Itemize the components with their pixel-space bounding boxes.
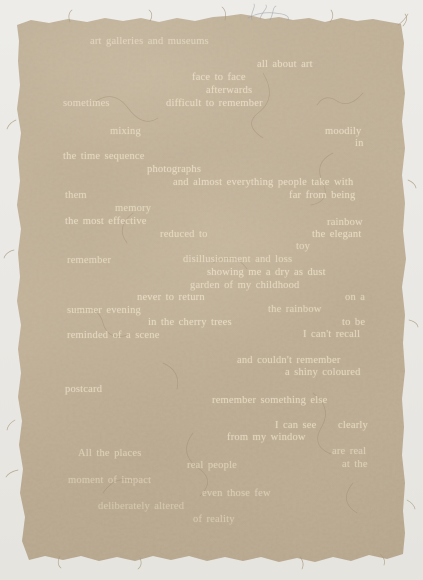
poem-line: reminded of a scene bbox=[67, 330, 160, 341]
poem-line: I can see bbox=[275, 420, 317, 431]
poem-line: photographs bbox=[147, 164, 201, 175]
poem-line: clearly bbox=[338, 420, 368, 431]
poem-line: remember bbox=[67, 255, 111, 266]
poem-line: are real bbox=[332, 446, 366, 457]
poem-line: even those few bbox=[202, 488, 271, 499]
poem-line: art galleries and museums bbox=[90, 36, 209, 47]
poem-line: never to return bbox=[137, 292, 205, 303]
poem-line: sometimes bbox=[63, 98, 110, 109]
poem-line: rainbow bbox=[327, 217, 363, 228]
poem-line: in bbox=[355, 138, 364, 149]
poem-line: reduced to bbox=[160, 229, 208, 240]
poem-line: moment of impact bbox=[68, 475, 151, 486]
poem-line: of reality bbox=[193, 514, 235, 525]
poem-line: to be bbox=[342, 317, 365, 328]
poem-line: a shiny coloured bbox=[285, 367, 361, 378]
poem-line: toy bbox=[296, 241, 310, 252]
poem-line: real people bbox=[187, 460, 237, 471]
poem-line: the time sequence bbox=[63, 151, 145, 162]
poem-line: at the bbox=[342, 459, 368, 470]
poem-line: postcard bbox=[65, 384, 102, 395]
poem-line: far from being bbox=[289, 190, 355, 201]
poem-line: deliberately altered bbox=[98, 501, 184, 512]
poem-line: in the cherry trees bbox=[148, 317, 232, 328]
poem-line: disillusionment and loss bbox=[183, 254, 292, 265]
artwork-background: art galleries and museumsall about artfa… bbox=[0, 0, 423, 580]
poem-text-layer: art galleries and museumsall about artfa… bbox=[0, 0, 423, 580]
poem-line: the elegant bbox=[312, 229, 361, 240]
poem-line: them bbox=[65, 190, 87, 201]
poem-line: mixing bbox=[110, 126, 141, 137]
poem-line: moodily bbox=[325, 126, 361, 137]
poem-line: face to face bbox=[192, 72, 246, 83]
poem-line: on a bbox=[345, 292, 365, 303]
poem-line: memory bbox=[115, 203, 151, 214]
poem-line: remember something else bbox=[212, 395, 327, 406]
poem-line: summer evening bbox=[67, 305, 141, 316]
poem-line: difficult to remember bbox=[166, 98, 263, 109]
poem-line: showing me a dry as dust bbox=[207, 267, 326, 278]
poem-line: I can't recall bbox=[303, 329, 360, 340]
poem-line: the most effective bbox=[65, 216, 147, 227]
poem-line: afterwards bbox=[206, 85, 252, 96]
poem-line: the rainbow bbox=[268, 304, 322, 315]
poem-line: all about art bbox=[257, 59, 313, 70]
poem-line: and couldn't remember bbox=[237, 355, 341, 366]
poem-line: from my window bbox=[227, 432, 306, 443]
poem-line: All the places bbox=[78, 448, 142, 459]
poem-line: and almost everything people take with bbox=[173, 177, 353, 188]
poem-line: garden of my childhood bbox=[190, 280, 300, 291]
